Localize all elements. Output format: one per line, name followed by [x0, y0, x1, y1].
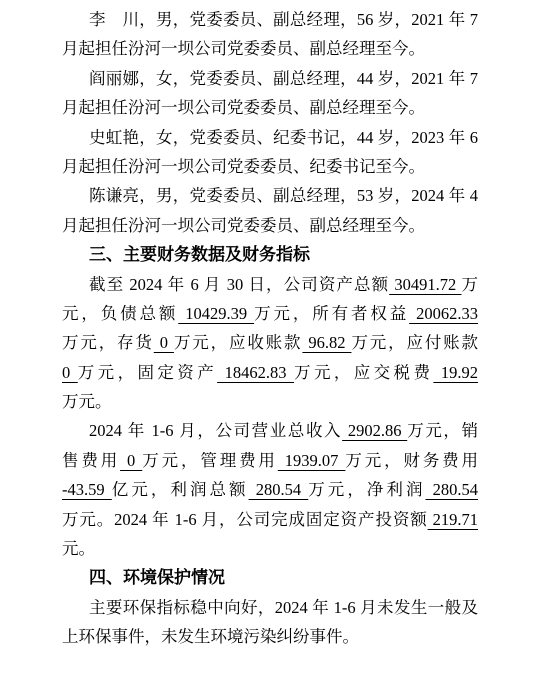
text-run: 万元，管理费用 — [142, 451, 278, 470]
para-yan-lina-line-1: 阎丽娜，女，党委委员、副总经理，44 岁，2021 年 7 — [62, 64, 478, 93]
para-li-chuan-line-2: 月起担任汾河一坝公司党委委员、副总经理至今。 — [62, 34, 478, 63]
para-operating-line-3: -43.59 亿元，利润总额 280.54 万元，净利润 280.54 — [62, 475, 478, 504]
underlined-value: 280.54 — [426, 480, 479, 499]
text-run: 主要环保指标稳中向好，2024 年 1-6 月未发生一般及以 — [62, 598, 478, 622]
text-run: 售费用 — [62, 451, 120, 470]
underlined-value: 280.54 — [249, 480, 309, 499]
text-run: 2024 年 1-6 月，公司营业总收入 — [89, 421, 342, 440]
section-heading-3: 三、主要财务数据及财务指标 — [62, 240, 478, 269]
underlined-value: 18462.83 — [217, 363, 294, 382]
text-run: 万 — [462, 275, 479, 294]
text-run: 月起担任汾河一坝公司党委委员、副总经理至今。 — [62, 216, 425, 235]
text-run: 万元，财务费用 — [345, 451, 478, 470]
para-finance-line-1: 截至 2024 年 6 月 30 日，公司资产总额 30491.72 万 — [62, 270, 478, 299]
para-operating-line-5: 元。 — [62, 534, 478, 563]
para-environment-line-2: 上环保事件，未发生环境污染纠纷事件。 — [62, 622, 478, 651]
text-run: 万元。2024 年 1-6 月，公司完成固定资产投资额 — [62, 510, 428, 529]
text-run: 万元，应收账款 — [174, 333, 302, 352]
para-finance-line-2: 元，负债总额 10429.39 万元，所有者权益 20062.33 — [62, 299, 478, 328]
para-shi-hongyan-line-2: 月起担任汾河一坝公司党委委员、纪委书记至今。 — [62, 152, 478, 181]
underlined-value: 96.82 — [302, 333, 351, 352]
text-run: 月起担任汾河一坝公司党委委员、副总经理至今。 — [62, 98, 425, 117]
para-chen-qianliang-line-2: 月起担任汾河一坝公司党委委员、副总经理至今。 — [62, 211, 478, 240]
para-operating-line-1: 2024 年 1-6 月，公司营业总收入 2902.86 万元，销 — [62, 416, 478, 445]
para-finance-line-5: 万元。 — [62, 387, 478, 416]
para-chen-qianliang-line-1: 陈谦亮，男，党委委员、副总经理，53 岁，2024 年 4 — [62, 181, 478, 210]
text-run: 万元。 — [62, 392, 112, 411]
text-run: 万元，存货 — [62, 333, 154, 352]
text-run: 万元，净利润 — [308, 480, 425, 499]
underlined-value: 219.71 — [428, 510, 478, 529]
para-yan-lina-line-2: 月起担任汾河一坝公司党委委员、副总经理至今。 — [62, 93, 478, 122]
text-run: 截至 2024 年 6 月 30 日，公司资产总额 — [89, 275, 389, 294]
text-run: 万元，所有者权益 — [254, 304, 409, 323]
para-operating-line-2: 售费用 0 万元，管理费用 1939.07 万元，财务费用 — [62, 446, 478, 475]
document-body: 李 川，男，党委委员、副总经理，56 岁，2021 年 7月起担任汾河一坝公司党… — [62, 5, 478, 652]
underlined-value: 0 — [154, 333, 174, 352]
underlined-value: 1939.07 — [278, 451, 346, 470]
text-run: 李 川，男，党委委员、副总经理，56 岁，2021 年 7 — [89, 10, 478, 29]
text-run: 元，负债总额 — [62, 304, 178, 323]
para-operating-line-4: 万元。2024 年 1-6 月，公司完成固定资产投资额 219.71 万 — [62, 505, 478, 534]
underlined-value: 19.92 — [433, 363, 478, 382]
text-run: 陈谦亮，男，党委委员、副总经理，53 岁，2024 年 4 — [89, 186, 478, 205]
text-run: 万元，应交税费 — [294, 363, 433, 382]
underlined-value: 20062.33 — [409, 304, 478, 323]
para-li-chuan-line-1: 李 川，男，党委委员、副总经理，56 岁，2021 年 7 — [62, 5, 478, 34]
para-environment-line-1: 主要环保指标稳中向好，2024 年 1-6 月未发生一般及以 — [62, 593, 478, 622]
section-heading-4: 四、环境保护情况 — [62, 563, 478, 592]
text-run: 四、环境保护情况 — [89, 568, 225, 587]
text-run: 上环保事件，未发生环境污染纠纷事件。 — [62, 627, 359, 646]
para-finance-line-3: 万元，存货 0 万元，应收账款 96.82 万元，应付账款 — [62, 328, 478, 357]
para-shi-hongyan-line-1: 史虹艳，女，党委委员、纪委书记，44 岁，2023 年 6 — [62, 123, 478, 152]
underlined-value: 30491.72 — [389, 275, 461, 294]
text-run: 月起担任汾河一坝公司党委委员、纪委书记至今。 — [62, 157, 425, 176]
underlined-value: -43.59 — [62, 480, 112, 499]
text-run: 阎丽娜，女，党委委员、副总经理，44 岁，2021 年 7 — [89, 69, 478, 88]
underlined-value: 10429.39 — [178, 304, 254, 323]
underlined-value: 2902.86 — [342, 421, 407, 440]
underlined-value: 0 — [120, 451, 142, 470]
text-run: 万元，固定资产 — [78, 363, 217, 382]
underlined-value: 0 — [62, 363, 78, 382]
text-run: 亿元，利润总额 — [112, 480, 249, 499]
text-run: 三、主要财务数据及财务指标 — [89, 245, 310, 264]
text-run: 月起担任汾河一坝公司党委委员、副总经理至今。 — [62, 39, 425, 58]
text-run: 元。 — [62, 539, 95, 558]
text-run: 万元，销 — [407, 421, 478, 440]
document-page: 李 川，男，党委委员、副总经理，56 岁，2021 年 7月起担任汾河一坝公司党… — [0, 0, 540, 674]
text-run: 史虹艳，女，党委委员、纪委书记，44 岁，2023 年 6 — [89, 128, 478, 147]
text-run: 万元，应付账款 — [351, 333, 478, 352]
para-finance-line-4: 0 万元，固定资产 18462.83 万元，应交税费 19.92 — [62, 358, 478, 387]
